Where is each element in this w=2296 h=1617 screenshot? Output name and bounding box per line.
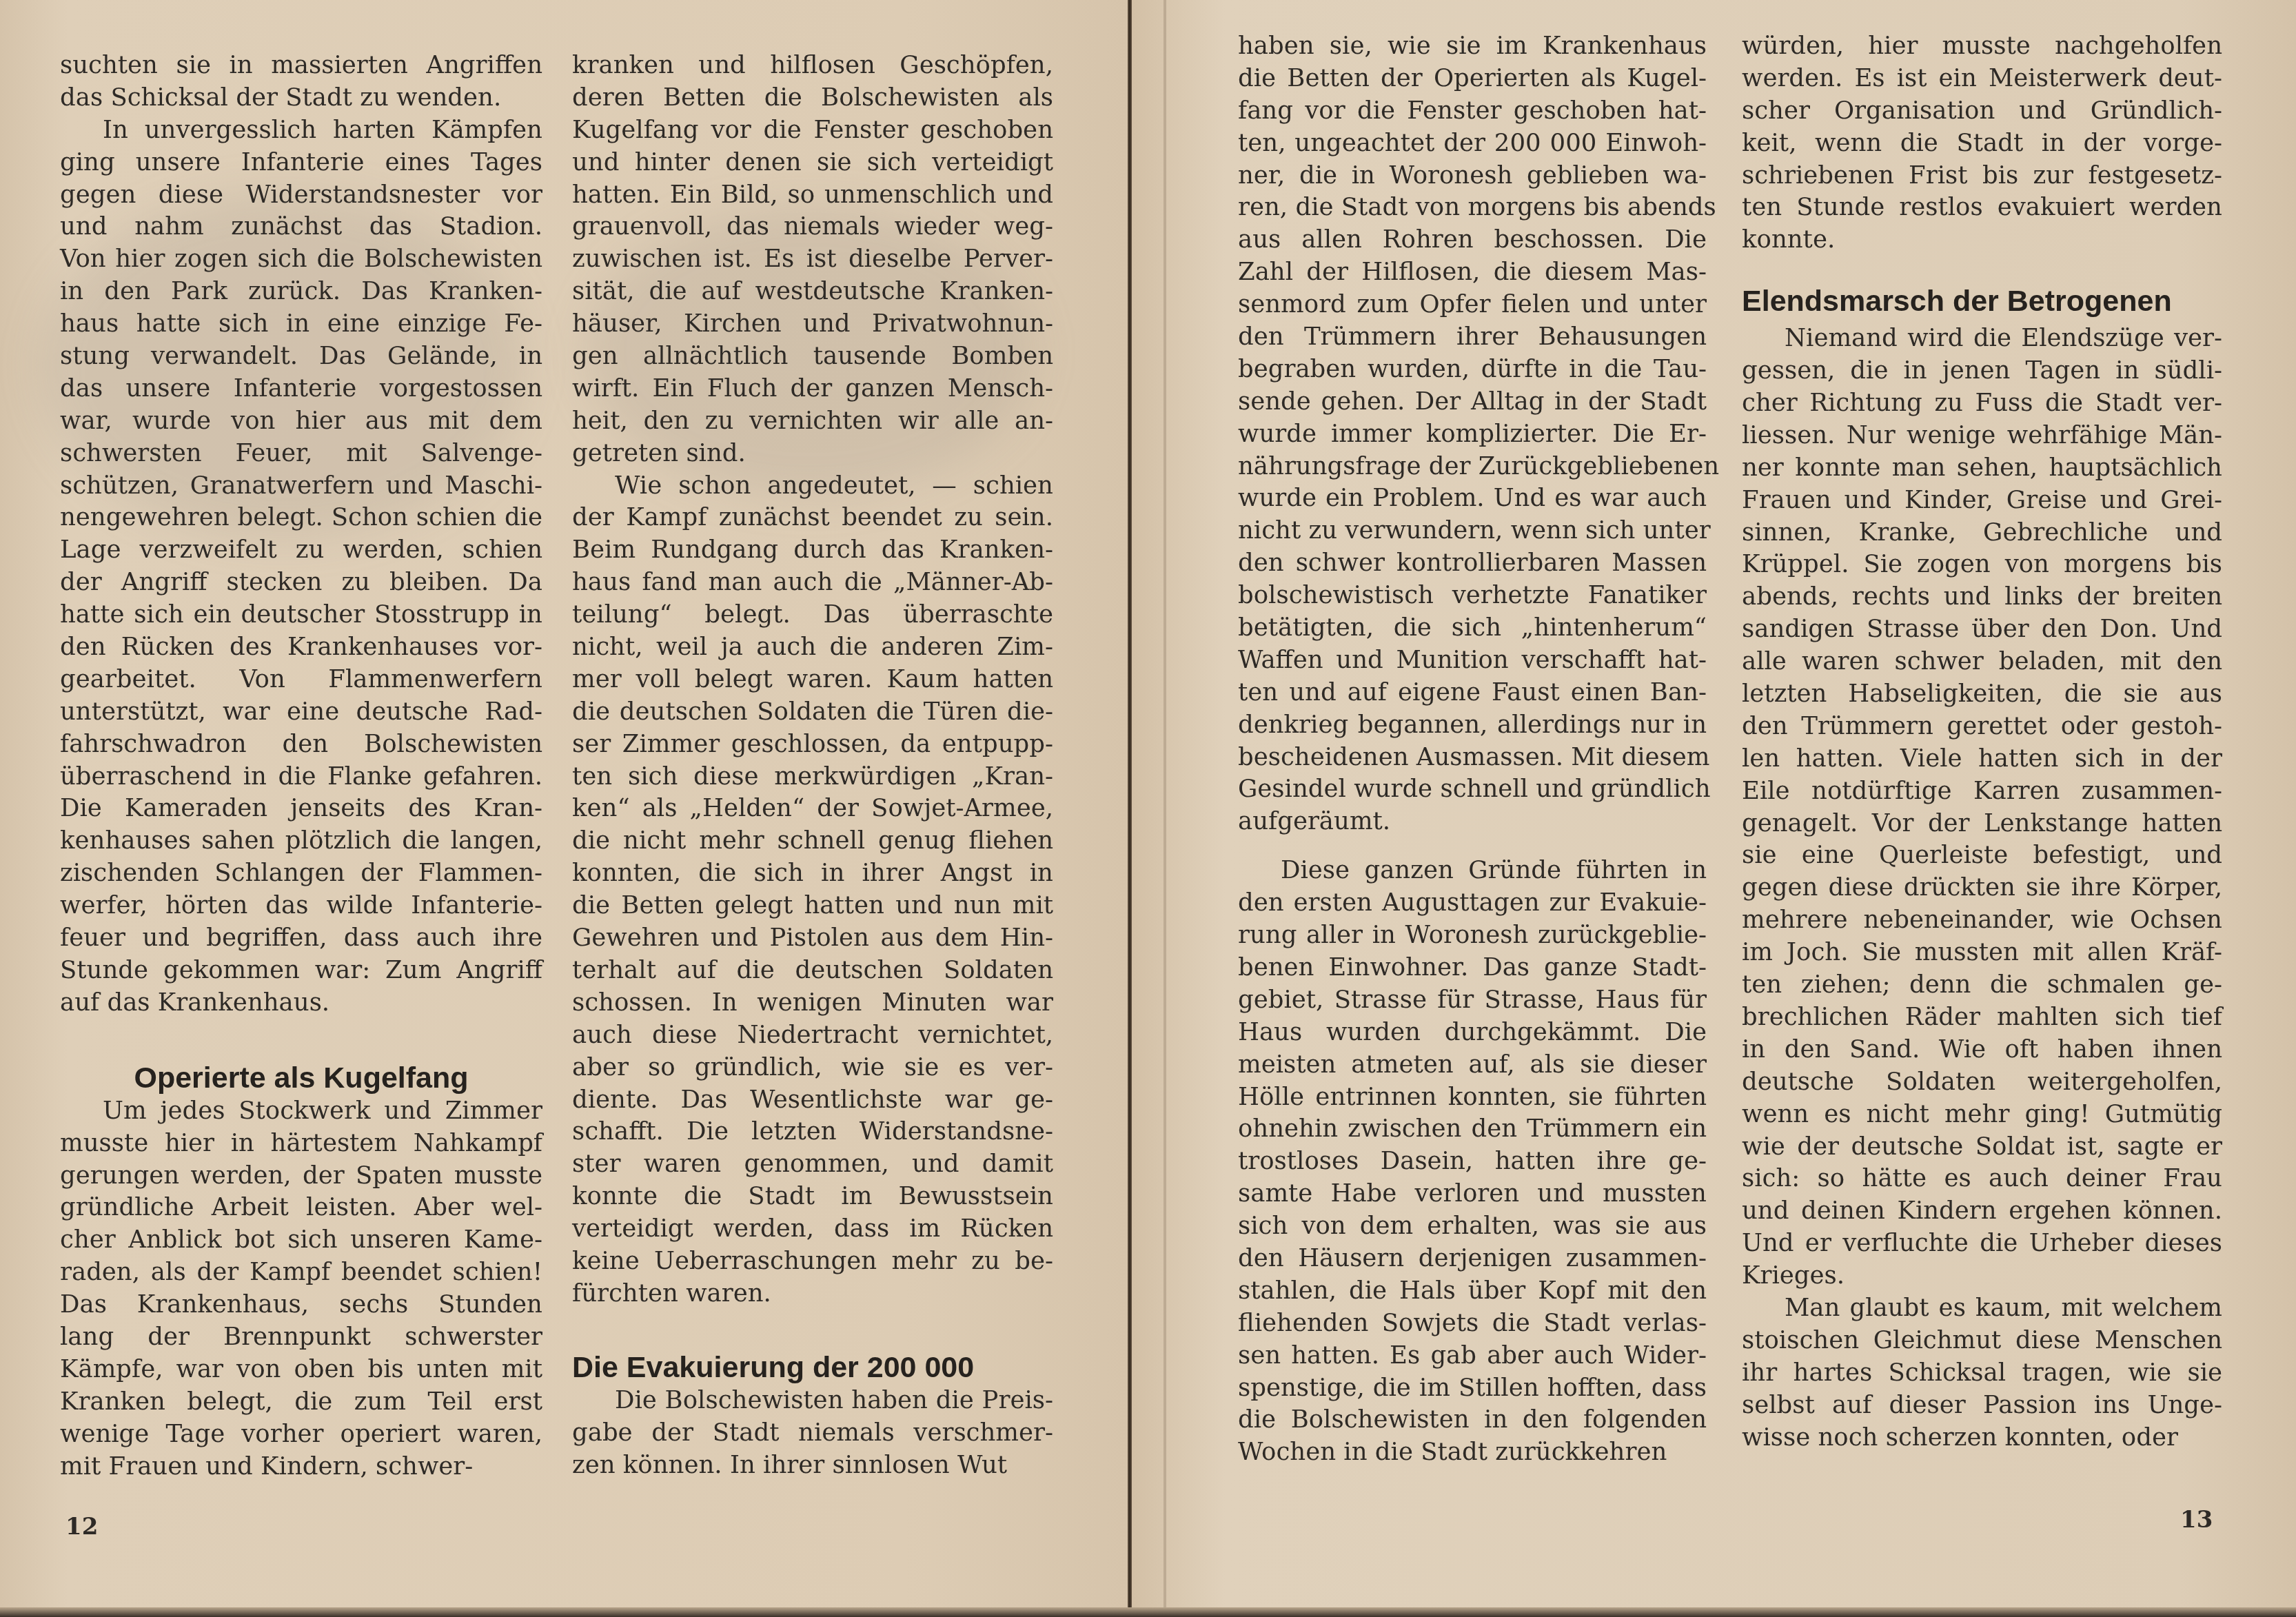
text-line: deren Betten die Bolschewisten als: [572, 82, 1053, 114]
text-line: ten und auf eigene Faust einen Ban-: [1238, 677, 1707, 709]
section-heading: Operierte als Kugelfang: [60, 1061, 542, 1095]
text-line: das Schicksal der Stadt zu wenden.: [60, 82, 542, 114]
text-line: sandigen Strasse über den Don. Und: [1742, 613, 2222, 646]
text-line: cher Richtung zu Fuss die Stadt ver-: [1742, 387, 2222, 420]
text-line: sie eine Querleiste befestigt, und: [1742, 840, 2222, 872]
text-line: haus hatte sich in eine einzige Fe-: [60, 308, 542, 340]
text-line: brechlichen Räder mahlten sich tief: [1742, 1001, 2222, 1034]
text-line: ten ziehen; denn die schmalen ge-: [1742, 969, 2222, 1001]
text-line: ten Stunde restlos evakuiert werden: [1742, 192, 2222, 224]
text-line: in den Sand. Wie oft haben ihnen: [1742, 1034, 2222, 1066]
text-line: suchten sie in massierten Angriffen: [60, 50, 542, 82]
text-line: grauenvoll, das niemals wieder weg-: [572, 211, 1053, 243]
text-line: war, wurde von hier aus mit dem: [60, 405, 542, 438]
text-line: in den Park zurück. Das Kranken-: [60, 276, 542, 308]
text-line: den Trümmern gerettet oder gestoh-: [1742, 711, 2222, 743]
text-line: nengewehren belegt. Schon schien die: [60, 502, 542, 534]
text-line: schriebenen Frist bis zur festgesetz-: [1742, 160, 2222, 192]
text-line: den Häusern derjenigen zusammen-: [1238, 1243, 1707, 1275]
text-line: konnten, die sich in ihrer Angst in: [572, 857, 1053, 890]
text-line: wie der deutsche Soldat ist, sagte er: [1742, 1131, 2222, 1163]
text-line: werfer, hörten das wilde Infanterie-: [60, 890, 542, 922]
text-line: ihr hartes Schicksal tragen, wie sie: [1742, 1357, 2222, 1390]
text-line: gebiet, Strasse für Strasse, Haus für: [1238, 984, 1707, 1017]
text-line: ner konnte man sehen, hauptsächlich: [1742, 452, 2222, 485]
text-line: Und er verfluchte die Urheber dieses: [1742, 1228, 2222, 1260]
text-line: begraben wurden, dürfte in die Tau-: [1238, 354, 1707, 386]
text-line: Von hier zogen sich die Bolschewisten: [60, 243, 542, 276]
text-line: kenhauses sahen plötzlich die langen,: [60, 825, 542, 857]
text-line: abends, rechts und links der breiten: [1742, 581, 2222, 613]
text-line: fang vor die Fenster geschoben hat-: [1238, 95, 1707, 128]
text-line: Beim Rundgang durch das Kranken-: [572, 534, 1053, 567]
text-line: liessen. Nur wenige wehrfähige Män-: [1742, 420, 2222, 452]
section-gap: [572, 1310, 1053, 1350]
text-line: Lage verzweifelt zu werden, schien: [60, 534, 542, 567]
text-line: die nicht mehr schnell genug fliehen: [572, 825, 1053, 857]
paragraph-gap: [1238, 838, 1707, 855]
text-line: Kämpfe, war von oben bis unten mit: [60, 1354, 542, 1386]
text-line: ten, ungeachtet der 200 000 Einwoh-: [1238, 128, 1707, 160]
section-heading: Elendsmarsch der Betrogenen: [1742, 284, 2222, 318]
section-gap: [1742, 256, 2222, 284]
text-line: letzten Habseligkeiten, die sie aus: [1742, 678, 2222, 711]
section-heading: Die Evakuierung der 200 000: [572, 1350, 1053, 1385]
text-line: unterstützt, war eine deutsche Rad-: [60, 696, 542, 729]
text-line: hatten. Ein Bild, so unmenschlich und: [572, 179, 1053, 212]
text-line: Niemand wird die Elendszüge ver-: [1742, 323, 2222, 355]
text-line: der Kampf zunächst beendet zu sein.: [572, 502, 1053, 534]
text-line: schwersten Feuer, mit Salvenge-: [60, 438, 542, 470]
text-line: konnte.: [1742, 224, 2222, 256]
text-line: Haus wurden durchgekämmt. Die: [1238, 1017, 1707, 1049]
text-line: gegen diese Widerstandsnester vor: [60, 179, 542, 212]
text-line: gen allnächtlich tausende Bomben: [572, 340, 1053, 373]
text-line: betätigten, die sich „hintenherum“: [1238, 612, 1707, 644]
page-crease: [1164, 0, 1166, 1617]
text-line: Kranken belegt, die zum Teil erst: [60, 1386, 542, 1418]
text-line: wurde ein Problem. Und es war auch: [1238, 482, 1707, 515]
text-line: das unsere Infanterie vorgestossen: [60, 373, 542, 405]
text-line: ster waren genommen, und damit: [572, 1148, 1053, 1181]
text-line: Kugelfang vor die Fenster geschoben: [572, 114, 1053, 147]
text-line: Wie schon angedeutet, — schien: [572, 470, 1053, 502]
page-number-left: 12: [65, 1513, 98, 1540]
text-line: und deinen Kindern ergehen können.: [1742, 1195, 2222, 1228]
text-line: gearbeitet. Von Flammenwerfern: [60, 664, 542, 696]
text-line: spenstige, die im Stillen hofften, dass: [1238, 1372, 1707, 1405]
right-page-column-2: würden, hier musste nachgeholfenwerden. …: [1742, 30, 2222, 1454]
text-line: schützen, Granatwerfern und Maschi-: [60, 470, 542, 502]
text-line: Waffen und Munition verschafft hat-: [1238, 644, 1707, 677]
left-page-column-1: suchten sie in massierten Angriffendas S…: [60, 50, 542, 1483]
text-line: hatte sich ein deutscher Stosstrupp in: [60, 599, 542, 631]
text-line: alle waren schwer beladen, mit den: [1742, 646, 2222, 678]
text-line: gegen diese drückten sie ihre Körper,: [1742, 872, 2222, 904]
text-line: haus fand man auch die „Männer-Ab-: [572, 567, 1053, 599]
text-line: schafft. Die letzten Widerstandsne-: [572, 1116, 1053, 1148]
text-line: Um jedes Stockwerk und Zimmer: [60, 1095, 542, 1128]
text-line: die deutschen Soldaten die Türen die-: [572, 696, 1053, 729]
text-line: bescheidenen Ausmassen. Mit diesem: [1238, 742, 1707, 774]
text-line: Diese ganzen Gründe führten in: [1238, 855, 1707, 887]
text-line: Zahl der Hilflosen, die diesem Mas-: [1238, 256, 1707, 289]
text-line: wisse noch scherzen konnten, oder: [1742, 1422, 2222, 1454]
text-line: feuer und begriffen, dass auch ihre: [60, 922, 542, 955]
text-line: getreten sind.: [572, 438, 1053, 470]
text-line: gessen, die in jenen Tagen in südli-: [1742, 355, 2222, 387]
text-line: ner, die in Woronesh geblieben wa-: [1238, 160, 1707, 192]
text-line: meisten atmeten auf, als sie dieser: [1238, 1049, 1707, 1081]
text-line: Hölle entrinnen konnten, sie führten: [1238, 1081, 1707, 1114]
text-line: Krüppel. Sie zogen von morgens bis: [1742, 549, 2222, 581]
text-line: die Bolschewisten in den folgenden: [1238, 1404, 1707, 1436]
text-line: aus allen Rohren beschossen. Die: [1238, 224, 1707, 256]
text-line: teilung“ belegt. Das überraschte: [572, 599, 1053, 631]
text-line: gabe der Stadt niemals verschmer-: [572, 1417, 1053, 1450]
text-line: den ersten Augusttagen zur Evakuie-: [1238, 887, 1707, 919]
text-line: len hatten. Viele hatten sich in der: [1742, 743, 2222, 775]
text-line: Das Krankenhaus, sechs Stunden: [60, 1289, 542, 1321]
text-line: die Betten der Operierten als Kugel-: [1238, 63, 1707, 95]
booklet-spread: suchten sie in massierten Angriffendas S…: [0, 0, 2296, 1617]
text-line: Eile notdürftige Karren zusammen-: [1742, 775, 2222, 808]
text-line: In unvergesslich harten Kämpfen: [60, 114, 542, 147]
text-line: gründliche Arbeit leisten. Aber wel-: [60, 1192, 542, 1224]
text-line: Man glaubt es kaum, mit welchem: [1742, 1292, 2222, 1325]
text-line: genagelt. Vor der Lenkstange hatten: [1742, 808, 2222, 840]
text-line: wirft. Ein Fluch der ganzen Mensch-: [572, 373, 1053, 405]
text-line: schossen. In wenigen Minuten war: [572, 987, 1053, 1019]
text-line: wenige Tage vorher operiert waren,: [60, 1418, 542, 1451]
text-line: konnte die Stadt im Bewusstsein: [572, 1181, 1053, 1213]
text-line: verteidigt werden, dass im Rücken: [572, 1213, 1053, 1245]
text-line: den Trümmern ihrer Behausungen: [1238, 321, 1707, 354]
text-line: den Rücken des Krankenhauses vor-: [60, 631, 542, 664]
text-line: Die Bolschewisten haben die Preis-: [572, 1385, 1053, 1417]
text-line: Gesindel wurde schnell und gründlich: [1238, 773, 1707, 806]
text-line: wenn es nicht mehr ging! Gutmütig: [1742, 1099, 2222, 1131]
text-line: aber so gründlich, wie sie es ver-: [572, 1052, 1053, 1084]
text-line: Frauen und Kinder, Greise und Grei-: [1742, 485, 2222, 517]
text-line: die Betten gelegt hatten und nun mit: [572, 890, 1053, 922]
text-line: zen können. In ihrer sinnlosen Wut: [572, 1450, 1053, 1482]
page-bottom-edge: [0, 1607, 2296, 1617]
text-line: nicht zu verwundern, wenn sich unter: [1238, 515, 1707, 547]
text-line: sende gehen. Der Alltag in der Stadt: [1238, 386, 1707, 418]
text-line: auf das Krankenhaus.: [60, 987, 542, 1019]
text-line: ren, die Stadt von morgens bis abends: [1238, 192, 1707, 224]
text-line: fahrschwadron den Bolschewisten: [60, 729, 542, 761]
text-line: trostloses Dasein, hatten ihre ge-: [1238, 1146, 1707, 1178]
text-line: cher Anblick bot sich unseren Kame-: [60, 1224, 542, 1257]
text-line: zuwischen ist. Es ist dieselbe Perver-: [572, 243, 1053, 276]
text-line: Krieges.: [1742, 1260, 2222, 1292]
text-line: stahlen, die Hals über Kopf mit den: [1238, 1275, 1707, 1308]
text-line: Gewehren und Pistolen aus dem Hin-: [572, 922, 1053, 955]
text-line: fürchten waren.: [572, 1278, 1053, 1310]
text-line: stung verwandelt. Das Gelände, in: [60, 340, 542, 373]
text-line: stoischen Gleichmut diese Menschen: [1742, 1325, 2222, 1357]
text-line: auch diese Niedertracht vernichtet,: [572, 1019, 1053, 1052]
section-gap: [60, 1019, 542, 1061]
text-line: lang der Brennpunkt schwerster: [60, 1321, 542, 1354]
text-line: sen hatten. Es gab aber auch Wider-: [1238, 1340, 1707, 1372]
text-line: ten sich diese merkwürdigen „Kran-: [572, 761, 1053, 793]
text-line: benen Einwohner. Das ganze Stadt-: [1238, 952, 1707, 984]
text-line: im Joch. Sie mussten mit allen Kräf-: [1742, 937, 2222, 969]
text-line: Die Kameraden jenseits des Kran-: [60, 793, 542, 825]
text-line: aufgeräumt.: [1238, 806, 1707, 838]
text-line: haben sie, wie sie im Krankenhaus: [1238, 30, 1707, 63]
text-line: nährungsfrage der Zurückgebliebenen: [1238, 451, 1707, 483]
text-line: musste hier in härtestem Nahkampf: [60, 1128, 542, 1160]
right-page-column-1: haben sie, wie sie im Krankenhausdie Bet…: [1238, 30, 1707, 1469]
text-line: kranken und hilflosen Geschöpfen,: [572, 50, 1053, 82]
text-line: denkrieg begannen, allerdings nur in: [1238, 709, 1707, 742]
text-line: rung aller in Woronesh zurückgeblie-: [1238, 919, 1707, 952]
text-line: sität, die auf westdeutsche Kranken-: [572, 276, 1053, 308]
left-page-column-2: kranken und hilflosen Geschöpfen,deren B…: [572, 50, 1053, 1481]
text-line: gerungen werden, der Spaten musste: [60, 1160, 542, 1192]
text-line: mer voll belegt waren. Kaum hatten: [572, 664, 1053, 696]
text-line: raden, als der Kampf beendet schien!: [60, 1257, 542, 1289]
text-line: und nahm zunächst das Stadion.: [60, 211, 542, 243]
text-line: senmord zum Opfer fielen und unter: [1238, 289, 1707, 321]
text-line: werden. Es ist ein Meisterwerk deut-: [1742, 63, 2222, 95]
text-line: mehrere nebeneinander, wie Ochsen: [1742, 904, 2222, 937]
text-line: samte Habe verloren und mussten: [1238, 1178, 1707, 1210]
text-line: selbst auf dieser Passion ins Unge-: [1742, 1390, 2222, 1422]
text-line: Stunde gekommen war: Zum Angriff: [60, 955, 542, 987]
text-line: und hinter denen sie sich verteidigt: [572, 147, 1053, 179]
text-line: Wochen in die Stadt zurückkehren: [1238, 1436, 1707, 1469]
text-line: den schwer kontrollierbaren Massen: [1238, 547, 1707, 580]
text-line: ging unsere Infanterie eines Tages: [60, 147, 542, 179]
text-line: überraschend in die Flanke gefahren.: [60, 761, 542, 793]
text-line: zischenden Schlangen der Flammen-: [60, 857, 542, 890]
text-line: der Angriff stecken zu bleiben. Da: [60, 567, 542, 599]
text-line: diente. Das Wesentlichste war ge-: [572, 1084, 1053, 1117]
text-line: ohnehin zwischen den Trümmern ein: [1238, 1113, 1707, 1146]
text-line: scher Organisation und Gründlich-: [1742, 95, 2222, 128]
text-line: sich von dem erhalten, was sie aus: [1238, 1210, 1707, 1243]
text-line: bolschewistisch verhetzte Fanatiker: [1238, 580, 1707, 612]
text-line: häuser, Kirchen und Privatwohnun-: [572, 308, 1053, 340]
text-line: würden, hier musste nachgeholfen: [1742, 30, 2222, 63]
text-line: mit Frauen und Kindern, schwer-: [60, 1451, 542, 1483]
text-line: sinnen, Kranke, Gebrechliche und: [1742, 517, 2222, 549]
text-line: fliehenden Sowjets die Stadt verlas-: [1238, 1308, 1707, 1340]
text-line: ser Zimmer geschlossen, da entpupp-: [572, 729, 1053, 761]
text-line: deutsche Soldaten weitergeholfen,: [1742, 1066, 2222, 1099]
text-line: keine Ueberraschungen mehr zu be-: [572, 1245, 1053, 1278]
text-line: ken“ als „Helden“ der Sowjet-Armee,: [572, 793, 1053, 825]
text-line: sich: so hätte es auch deiner Frau: [1742, 1163, 2222, 1195]
center-fold: [1128, 0, 1132, 1617]
text-line: terhalt auf die deutschen Soldaten: [572, 955, 1053, 987]
page-number-right: 13: [2180, 1506, 2213, 1534]
text-line: wurde immer komplizierter. Die Er-: [1238, 418, 1707, 451]
text-line: heit, den zu vernichten wir alle an-: [572, 405, 1053, 438]
text-line: nicht, weil ja auch die anderen Zim-: [572, 631, 1053, 664]
text-line: keit, wenn die Stadt in der vorge-: [1742, 128, 2222, 160]
